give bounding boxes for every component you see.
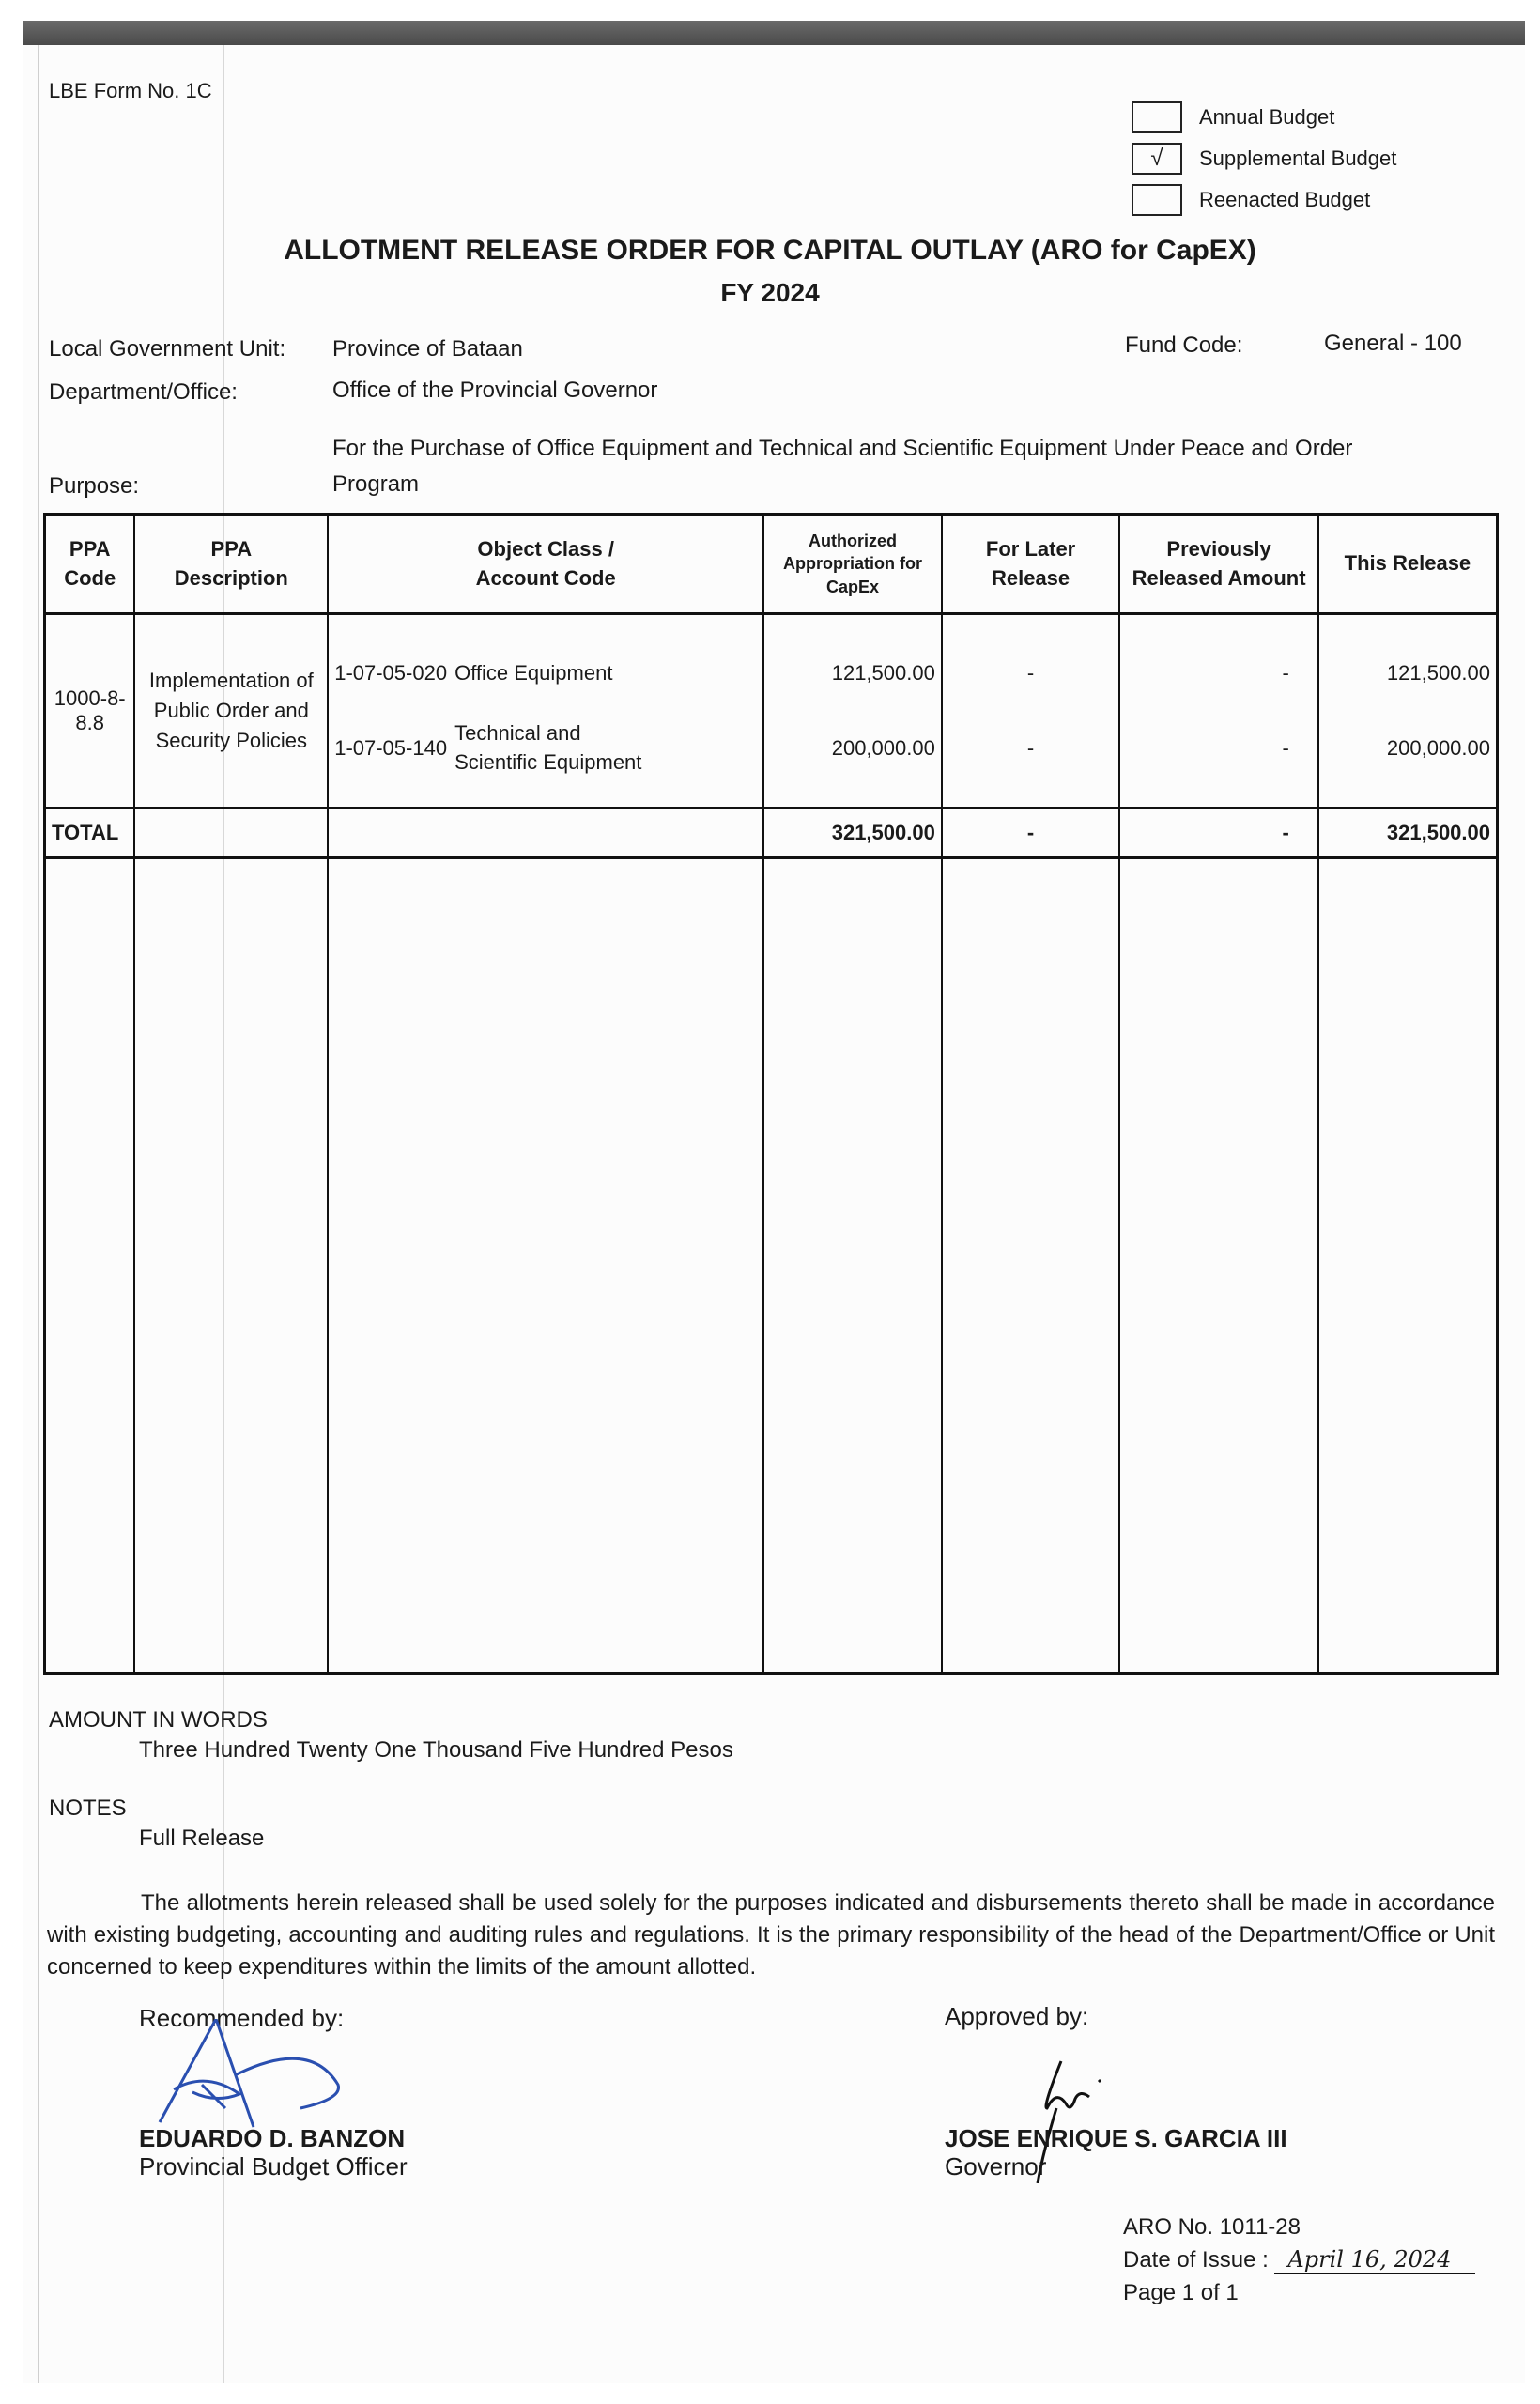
amount: - bbox=[948, 711, 1113, 786]
previously-cell: - - bbox=[1119, 614, 1318, 809]
approver-name: JOSE ENRIQUE S. GARCIA III bbox=[945, 2124, 1287, 2153]
checkbox-checked[interactable]: √ bbox=[1132, 143, 1182, 175]
col-ppa-description: PPADescription bbox=[134, 515, 328, 614]
object-class-cell: 1-07-05-020 Office Equipment 1-07-05-140… bbox=[328, 614, 763, 809]
line-item-office-equipment: 1-07-05-020 Office Equipment bbox=[334, 636, 757, 711]
authorized-cell: 121,500.00 200,000.00 bbox=[763, 614, 942, 809]
table-row: 1000-8-8.8 Implementation of Public Orde… bbox=[45, 614, 1498, 809]
amount: 121,500.00 bbox=[770, 636, 935, 711]
object-class: Office Equipment bbox=[454, 661, 612, 686]
this-release-cell: 121,500.00 200,000.00 bbox=[1318, 614, 1498, 809]
account-code: 1-07-05-140 bbox=[334, 736, 447, 761]
scan-edge bbox=[23, 21, 1525, 47]
checkbox[interactable] bbox=[1132, 101, 1182, 133]
account-code: 1-07-05-020 bbox=[334, 661, 447, 686]
form-number: LBE Form No. 1C bbox=[49, 79, 212, 103]
col-ppa-code: PPACode bbox=[45, 515, 135, 614]
approver-position: Governor bbox=[945, 2152, 1046, 2181]
purpose-label: Purpose: bbox=[49, 473, 139, 500]
aro-number: ARO No. 1011-28 bbox=[1123, 2214, 1301, 2241]
total-this-release: 321,500.00 bbox=[1318, 809, 1498, 858]
option-label: Reenacted Budget bbox=[1199, 188, 1370, 212]
signature-banzon bbox=[150, 2019, 357, 2141]
ppa-code: 1000-8-8.8 bbox=[45, 614, 135, 809]
amount: - bbox=[1126, 711, 1289, 786]
col-previously-released: PreviouslyReleased Amount bbox=[1119, 515, 1318, 614]
approved-by-label: Approved by: bbox=[945, 2002, 1088, 2031]
page-number: Page 1 of 1 bbox=[1123, 2280, 1239, 2306]
table-header-row: PPACode PPADescription Object Class /Acc… bbox=[45, 515, 1498, 614]
total-authorized: 321,500.00 bbox=[763, 809, 942, 858]
total-label: TOTAL bbox=[45, 809, 135, 858]
department-value: Office of the Provincial Governor bbox=[332, 378, 657, 404]
lgu-value: Province of Bataan bbox=[332, 336, 523, 362]
fiscal-year: FY 2024 bbox=[0, 278, 1540, 308]
fund-code-value: General - 100 bbox=[1324, 331, 1462, 357]
notes-value: Full Release bbox=[139, 1826, 264, 1852]
purpose-value-line2: Program bbox=[332, 471, 419, 498]
fund-code-label: Fund Code: bbox=[1125, 332, 1242, 359]
checkbox[interactable] bbox=[1132, 184, 1182, 216]
budget-type-options: Annual Budget √ Supplemental Budget Reen… bbox=[1132, 98, 1396, 222]
total-row: TOTAL 321,500.00 - - 321,500.00 bbox=[45, 809, 1498, 858]
amount-in-words-label: AMOUNT IN WORDS bbox=[49, 1707, 268, 1734]
date-of-issue-value: April 16, 2024 bbox=[1274, 2246, 1475, 2274]
option-label: Annual Budget bbox=[1199, 105, 1334, 130]
recommender-name: EDUARDO D. BANZON bbox=[139, 2124, 405, 2153]
amount: 200,000.00 bbox=[1325, 711, 1490, 786]
amount: - bbox=[948, 636, 1113, 711]
col-authorized-appropriation: AuthorizedAppropriation forCapEx bbox=[763, 515, 942, 614]
date-of-issue-label: Date of Issue : bbox=[1123, 2247, 1269, 2273]
col-object-class: Object Class /Account Code bbox=[328, 515, 763, 614]
total-for-later: - bbox=[942, 809, 1119, 858]
budget-option-annual[interactable]: Annual Budget bbox=[1132, 98, 1396, 137]
department-label: Department/Office: bbox=[49, 379, 238, 406]
document-title: ALLOTMENT RELEASE ORDER FOR CAPITAL OUTL… bbox=[0, 235, 1540, 267]
notes-label: NOTES bbox=[49, 1795, 127, 1822]
allotment-table: PPACode PPADescription Object Class /Acc… bbox=[43, 513, 1499, 1675]
option-label: Supplemental Budget bbox=[1199, 146, 1396, 171]
recommender-position: Provincial Budget Officer bbox=[139, 2152, 408, 2181]
disclaimer-paragraph: The allotments herein released shall be … bbox=[47, 1888, 1495, 1983]
ppa-description: Implementation of Public Order and Secur… bbox=[134, 614, 328, 809]
amount: 200,000.00 bbox=[770, 711, 935, 786]
budget-option-supplemental[interactable]: √ Supplemental Budget bbox=[1132, 139, 1396, 178]
budget-option-reenacted[interactable]: Reenacted Budget bbox=[1132, 180, 1396, 220]
col-for-later-release: For LaterRelease bbox=[942, 515, 1119, 614]
amount-in-words-value: Three Hundred Twenty One Thousand Five H… bbox=[139, 1737, 733, 1764]
blank-rows bbox=[45, 858, 1498, 1674]
amount: 121,500.00 bbox=[1325, 636, 1490, 711]
object-class: Technical and Scientific Equipment bbox=[454, 719, 661, 778]
line-item-technical-equipment: 1-07-05-140 Technical and Scientific Equ… bbox=[334, 711, 757, 786]
date-of-issue: Date of Issue : April 16, 2024 bbox=[1123, 2246, 1475, 2274]
purpose-value-line1: For the Purchase of Office Equipment and… bbox=[332, 436, 1352, 462]
lgu-label: Local Government Unit: bbox=[49, 336, 285, 362]
col-this-release: This Release bbox=[1318, 515, 1498, 614]
for-later-cell: - - bbox=[942, 614, 1119, 809]
scan-artifact-line bbox=[38, 45, 39, 2383]
amount: - bbox=[1126, 636, 1289, 711]
total-previously: - bbox=[1119, 809, 1318, 858]
